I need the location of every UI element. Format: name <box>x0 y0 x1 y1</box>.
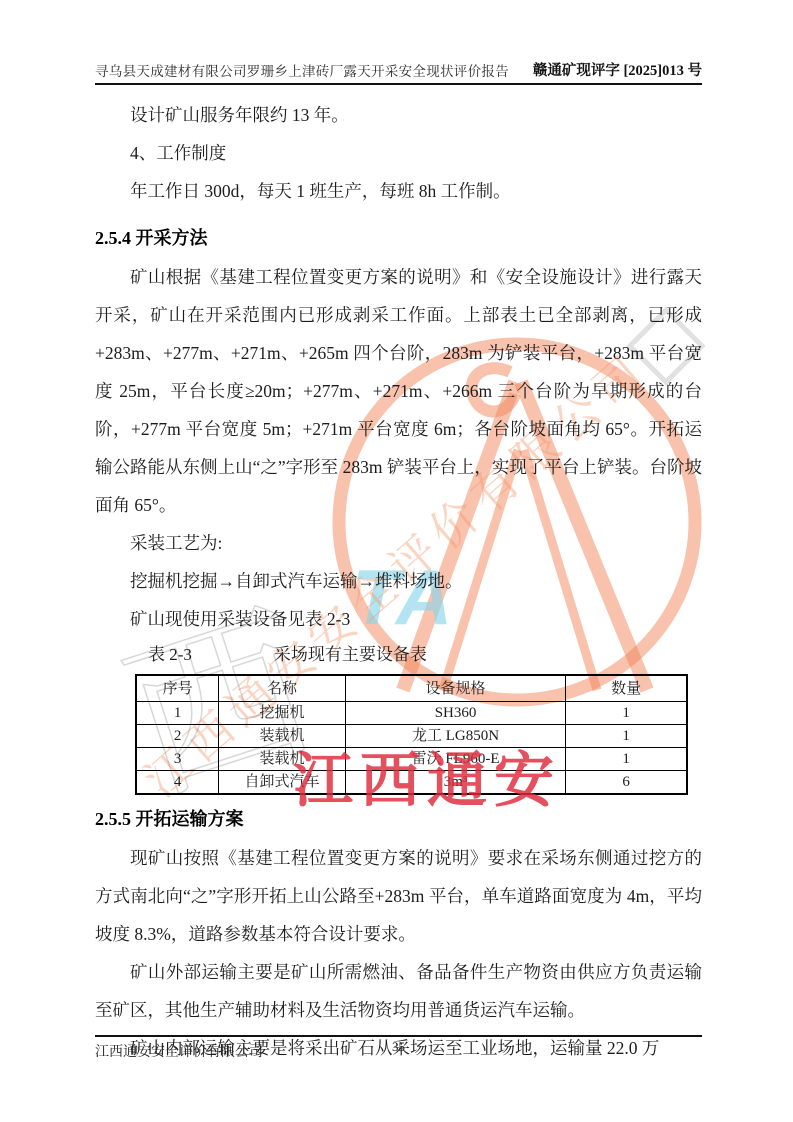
table-row: 3 装载机 雷沃 FL960-E 1 <box>136 748 687 771</box>
document-number: 赣通矿现评字 [2025]013 号 <box>533 59 702 80</box>
cell-name: 自卸式汽车 <box>219 771 346 795</box>
table-caption-label: 表 2-3 <box>148 638 192 672</box>
equipment-table: 序号 名称 设备规格 数量 1 挖掘机 SH360 1 2 装载机 龙工 LG8… <box>135 674 688 795</box>
cell-qty: 1 <box>566 702 687 725</box>
cell-index: 4 <box>136 771 219 795</box>
col-header-index: 序号 <box>136 675 219 702</box>
cell-qty: 6 <box>566 771 687 795</box>
table-caption: 表 2-3 采场现有主要设备表 <box>148 638 702 672</box>
cell-name: 挖掘机 <box>219 702 346 725</box>
cell-spec: 龙工 LG850N <box>345 725 565 748</box>
cell-index: 3 <box>136 748 219 771</box>
paragraph-mining-method: 矿山根据《基建工程位置变更方案的说明》和《安全设施设计》进行露天开采，矿山在开采… <box>95 258 702 524</box>
table-caption-title: 采场现有主要设备表 <box>274 638 427 672</box>
cell-spec: SH360 <box>345 702 565 725</box>
cell-index: 2 <box>136 725 219 748</box>
paragraph-process-intro: 采装工艺为: <box>95 524 702 562</box>
paragraph-road: 现矿山按照《基建工程位置变更方案的说明》要求在采场东侧通过挖方的方式南北向“之”… <box>95 839 702 953</box>
paragraph-equipment-ref: 矿山现使用采装设备见表 2-3 <box>95 600 702 638</box>
cell-qty: 1 <box>566 725 687 748</box>
table-row: 1 挖掘机 SH360 1 <box>136 702 687 725</box>
col-header-spec: 设备规格 <box>345 675 565 702</box>
cell-name: 装载机 <box>219 725 346 748</box>
document-page: TA 江西通安安全评价有限公司 西 寻乌县天成建材有限公司罗珊乡上津砖厂露天开采… <box>0 0 793 1122</box>
cell-spec: 3m³ <box>345 771 565 795</box>
paragraph-work-system: 年工作日 300d，每天 1 班生产，每班 8h 工作制。 <box>95 172 702 210</box>
paragraph-external-transport: 矿山外部运输主要是矿山所需燃油、备品备件生产物资由供应方负责运输至矿区，其他生产… <box>95 953 702 1029</box>
col-header-name: 名称 <box>219 675 346 702</box>
paragraph-process-flow: 挖掘机挖掘→自卸式汽车运输→堆料场地。 <box>95 562 702 600</box>
cell-spec: 雷沃 FL960-E <box>345 748 565 771</box>
page-header: 寻乌县天成建材有限公司罗珊乡上津砖厂露天开采安全现状评价报告 赣通矿现评字 [2… <box>95 50 702 85</box>
document-body: 设计矿山服务年限约 13 年。 4、工作制度 年工作日 300d，每天 1 班生… <box>95 96 702 1067</box>
cell-name: 装载机 <box>219 748 346 771</box>
paragraph-internal-transport: 矿山内部运输主要是将采出矿石从采场运至工业场地，运输量 22.0 万 <box>95 1029 702 1067</box>
heading-mining-method: 2.5.4 开采方法 <box>95 218 702 258</box>
report-title: 寻乌县天成建材有限公司罗珊乡上津砖厂露天开采安全现状评价报告 <box>95 60 509 80</box>
heading-transport-plan: 2.5.5 开拓运输方案 <box>95 799 702 839</box>
table-row: 4 自卸式汽车 3m³ 6 <box>136 771 687 795</box>
col-header-qty: 数量 <box>566 675 687 702</box>
table-header-row: 序号 名称 设备规格 数量 <box>136 675 687 702</box>
table-row: 2 装载机 龙工 LG850N 1 <box>136 725 687 748</box>
cell-qty: 1 <box>566 748 687 771</box>
paragraph-service-life: 设计矿山服务年限约 13 年。 <box>95 96 702 134</box>
cell-index: 1 <box>136 702 219 725</box>
paragraph-work-system-title: 4、工作制度 <box>95 134 702 172</box>
